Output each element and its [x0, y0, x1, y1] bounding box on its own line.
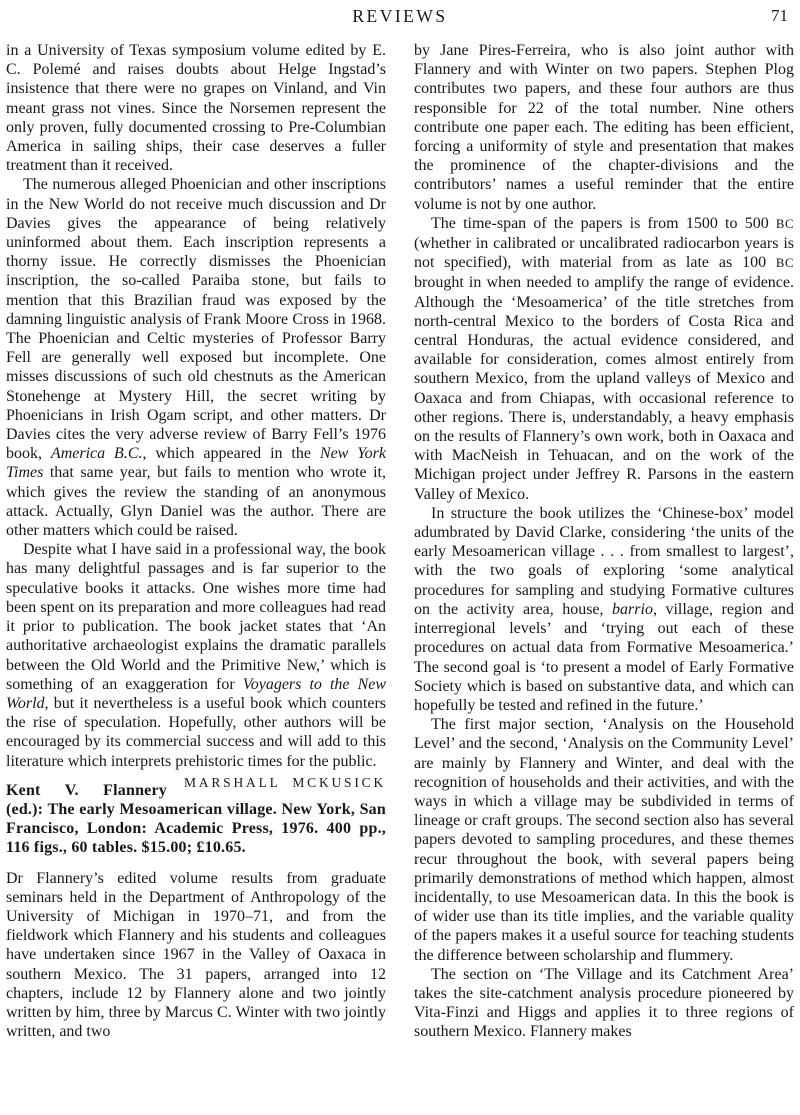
- text-run: Despite what I have said in a profession…: [6, 541, 386, 692]
- text-run: (whether in calibrated or uncalibrated r…: [414, 235, 794, 271]
- page-header: REVIEWS 71: [4, 6, 796, 32]
- right-column: by Jane Pires-Ferreira, who is also join…: [414, 41, 794, 1042]
- paragraph: The numerous alleged Phoenician and othe…: [6, 175, 386, 540]
- smallcaps-text-run: BC: [776, 256, 794, 270]
- running-head: REVIEWS: [4, 6, 796, 27]
- text-run: The time-span of the papers is from 1500…: [431, 215, 776, 232]
- paragraph: by Jane Pires-Ferreira, who is also join…: [414, 41, 794, 214]
- text-run: Dr Flannery’s edited volume results from…: [6, 870, 386, 1041]
- paragraph: The time-span of the papers is from 1500…: [414, 214, 794, 504]
- paragraph: Dr Flannery’s edited volume results from…: [6, 869, 386, 1042]
- text-run: by Jane Pires-Ferreira, who is also join…: [414, 42, 794, 213]
- paragraph: in a University of Texas symposium volum…: [6, 41, 386, 175]
- paragraph: The first major section, ‘Analysis on th…: [414, 715, 794, 965]
- text-run: brought in when needed to amplify the ra…: [414, 274, 794, 502]
- text-columns: in a University of Texas symposium volum…: [4, 41, 796, 1042]
- paragraph: The section on ‘The Village and its Catc…: [414, 965, 794, 1042]
- text-run: The numerous alleged Phoenician and othe…: [6, 176, 386, 462]
- text-run: Kent V. Flannery (ed.): The early Meso­a…: [6, 782, 386, 857]
- text-run: , which appeared in the: [142, 445, 319, 462]
- text-run: , but it nevertheless is a useful book w…: [6, 695, 386, 770]
- italic-text-run: barrio: [612, 601, 653, 618]
- left-column: in a University of Texas symposium volum…: [6, 41, 386, 1042]
- page-number: 71: [771, 6, 788, 26]
- text-run: that same year, but fails to mention who…: [6, 464, 386, 539]
- text-run: in a University of Texas symposium volum…: [6, 42, 386, 174]
- smallcaps-text-run: BC: [776, 217, 794, 231]
- paragraph: In structure the book utilizes the ‘Chin…: [414, 504, 794, 715]
- text-run: The first major section, ‘Analysis on th…: [414, 716, 794, 963]
- paragraph: Despite what I have said in a profession…: [6, 540, 386, 770]
- text-run: The section on ‘The Village and its Catc…: [414, 966, 794, 1041]
- italic-text-run: America B.C.: [51, 445, 143, 462]
- journal-page: REVIEWS 71 in a University of Texas symp…: [0, 0, 800, 1042]
- reviewer-signature: MARSHALL MCKUSICK: [167, 771, 386, 793]
